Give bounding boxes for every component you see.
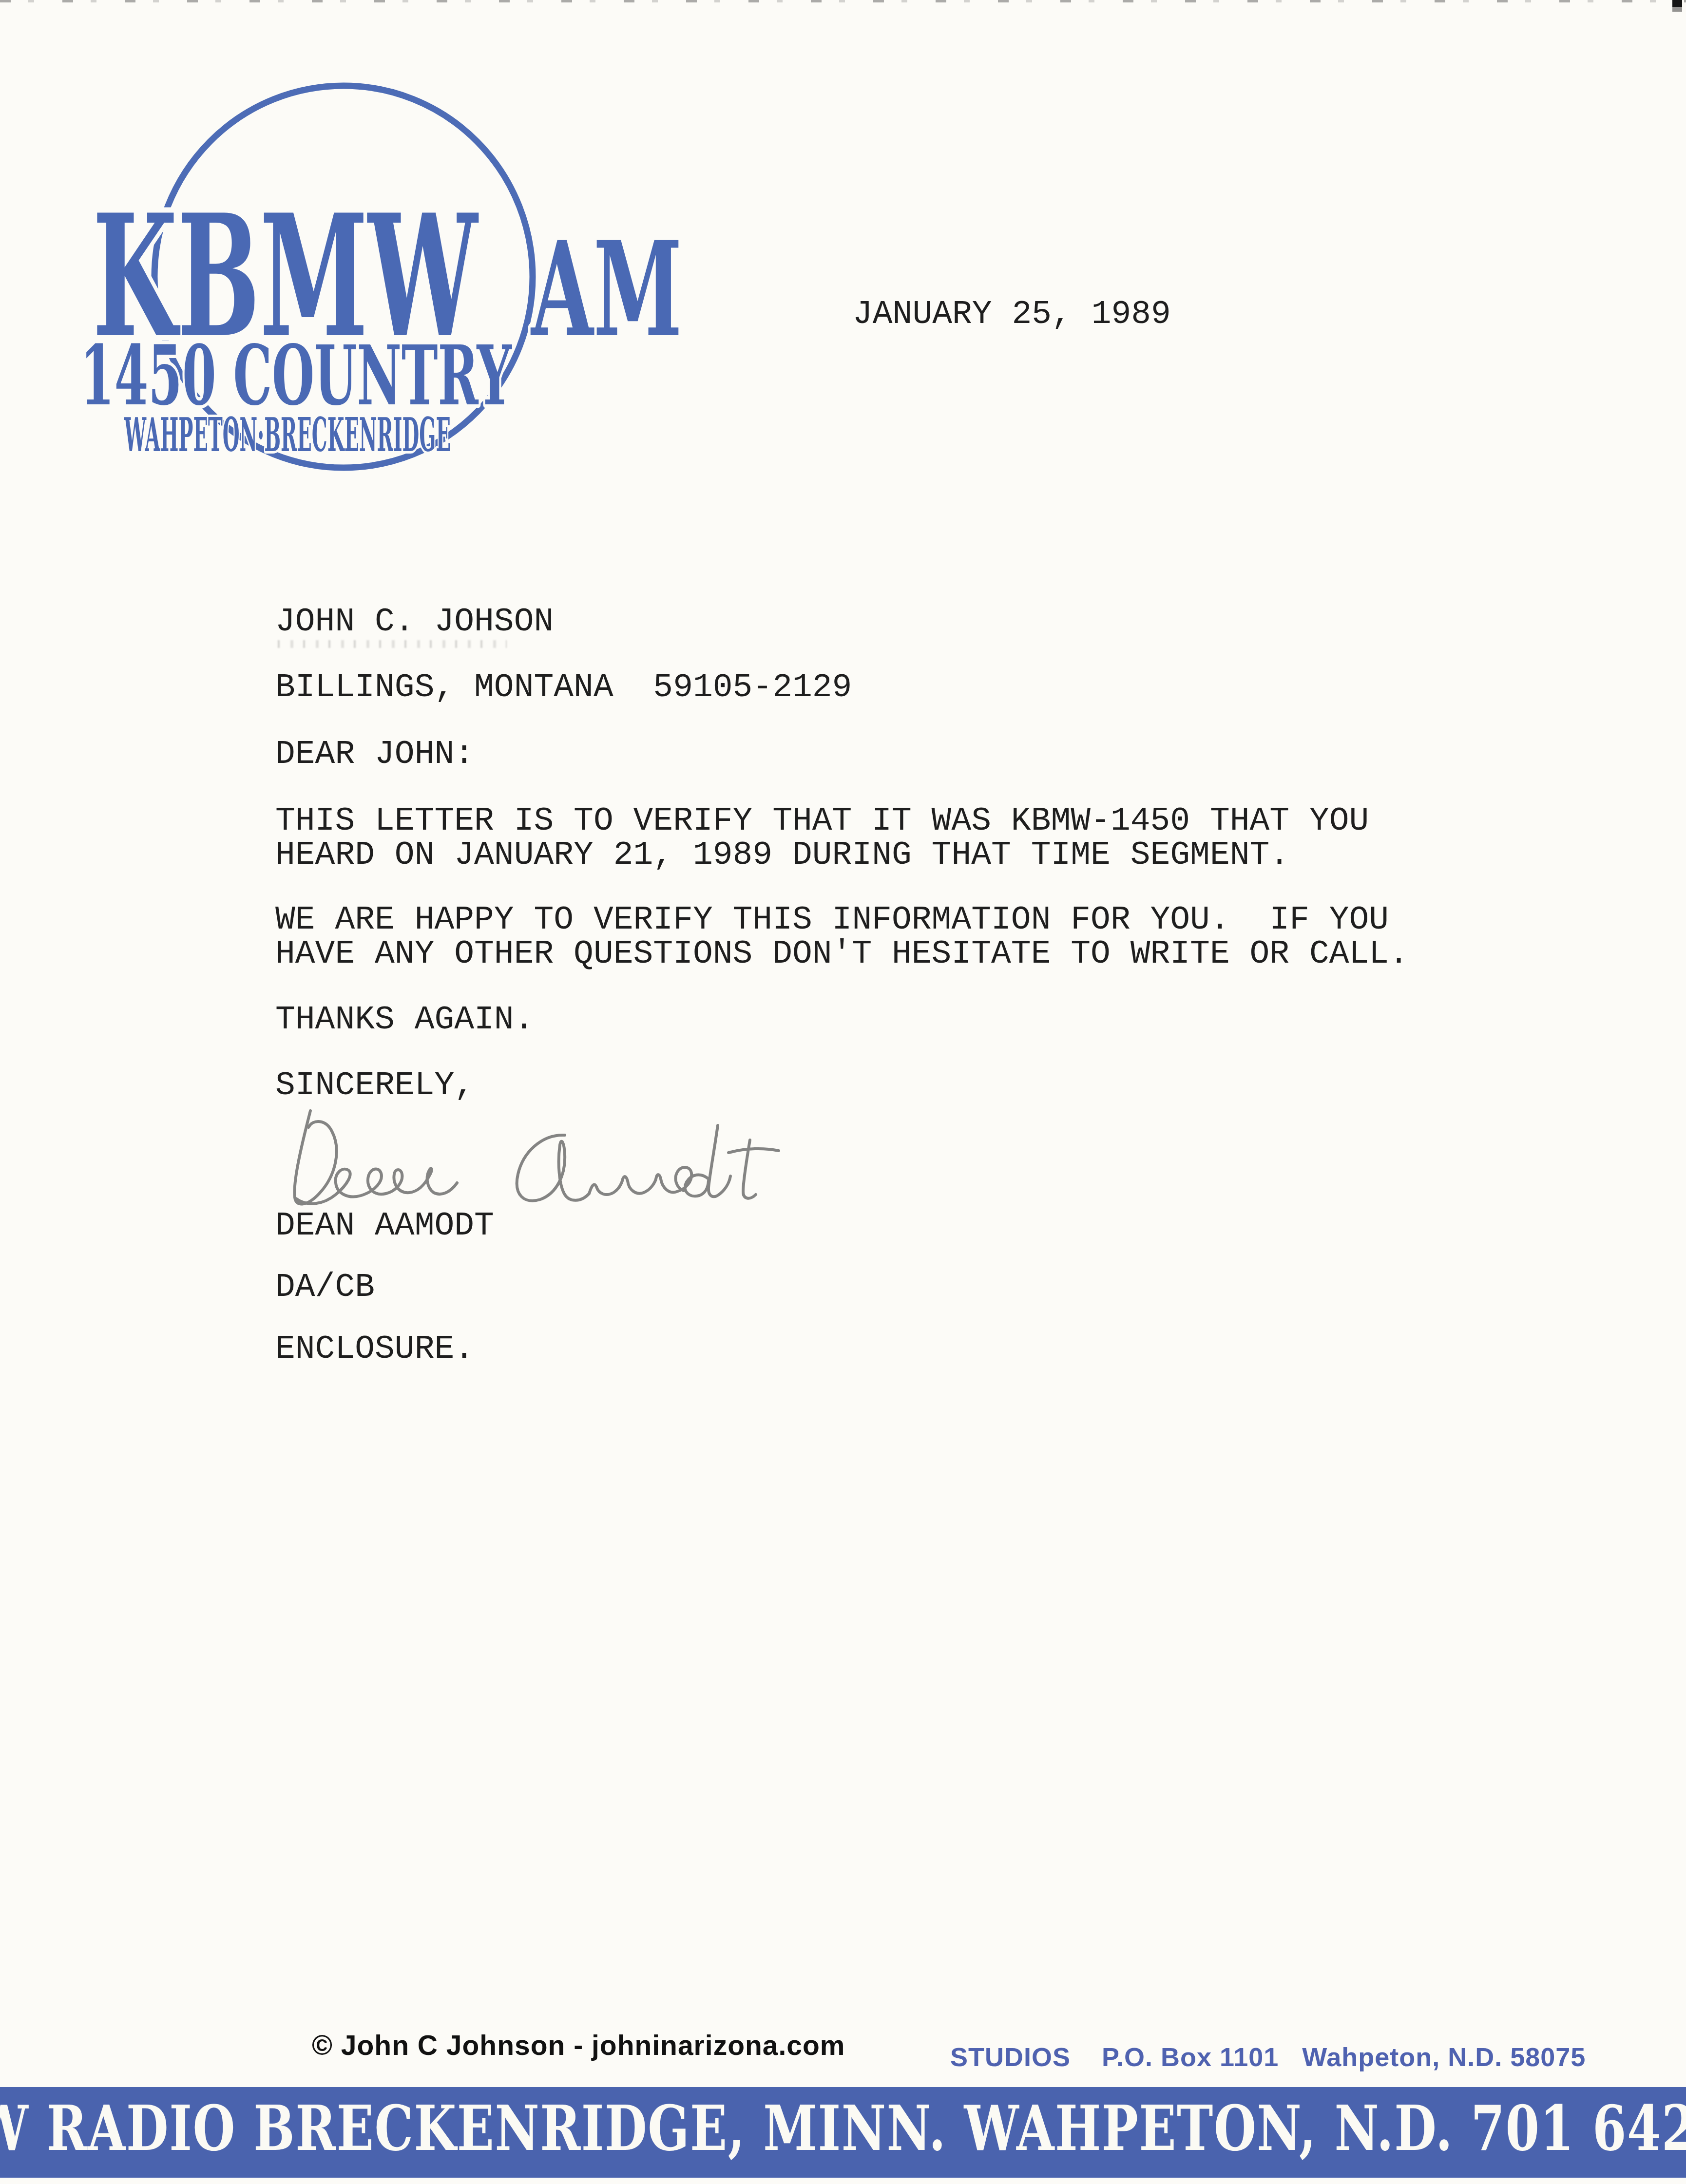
- logo-band-text: AM: [530, 213, 682, 366]
- signature-stroke-aamodt: [517, 1125, 779, 1201]
- letter-date: JANUARY 25, 1989: [853, 298, 1171, 331]
- handwritten-signature: [261, 1069, 787, 1215]
- studios-address-line: STUDIOS P.O. Box 1101 Wahpeton, N.D. 580…: [950, 2042, 1586, 2072]
- closing-thanks: THANKS AGAIN.: [275, 1004, 534, 1037]
- reference-initials: DA/CB: [275, 1271, 375, 1304]
- salutation: DEAR JOHN:: [275, 738, 474, 771]
- enclosure-note: ENCLOSURE.: [275, 1333, 474, 1366]
- footer-address-bar-text: KBMW RADIO BRECKENRIDGE, MINN. WAHPETON,…: [0, 2097, 1686, 2160]
- footer-address-bar: KBMW RADIO BRECKENRIDGE, MINN. WAHPETON,…: [0, 2087, 1686, 2178]
- body-paragraph1-line2: HEARD ON JANUARY 21, 1989 DURING THAT TI…: [275, 839, 1289, 872]
- kbmw-logo: KBMW AM 1450 COUNTRY WAHPETON·BRECKENRID…: [78, 77, 697, 476]
- body-paragraph2-line1: WE ARE HAPPY TO VERIFY THIS INFORMATION …: [275, 904, 1389, 937]
- kbmw-logo-graphic: KBMW AM 1450 COUNTRY WAHPETON·BRECKENRID…: [78, 77, 697, 476]
- logo-cities-text: WAHPETON·BRECKENRIDGE: [124, 408, 451, 462]
- recipient-city-line: BILLINGS, MONTANA 59105-2129: [275, 671, 852, 704]
- signature-stroke-dean: [294, 1111, 457, 1204]
- recipient-name: JOHN C. JOHSON: [275, 606, 554, 639]
- scan-artifact-top-right-corner: [1672, 0, 1682, 15]
- scan-artifact-top-edge: [0, 0, 1686, 2]
- signer-name: DEAN AAMODT: [275, 1210, 494, 1243]
- redacted-address-line: [278, 640, 507, 648]
- body-paragraph1-line1: THIS LETTER IS TO VERIFY THAT IT WAS KBM…: [275, 805, 1369, 838]
- scanned-letter-page: KBMW AM 1450 COUNTRY WAHPETON·BRECKENRID…: [0, 0, 1686, 2184]
- body-paragraph2-line2: HAVE ANY OTHER QUESTIONS DON'T HESITATE …: [275, 938, 1409, 971]
- copyright-watermark: © John C Johnson - johninarizona.com: [312, 2030, 845, 2062]
